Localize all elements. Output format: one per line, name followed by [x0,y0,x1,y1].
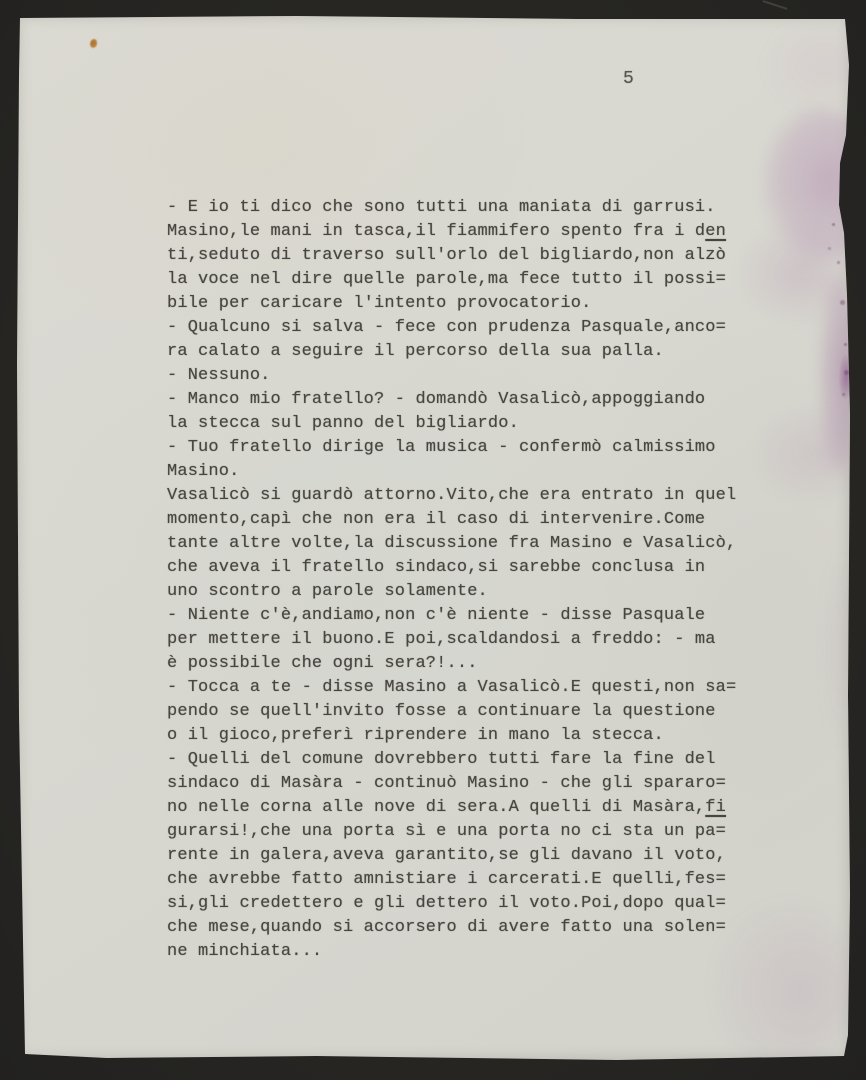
text-line: - Manco mio fratello? - domandò Vasalicò… [167,388,759,412]
text-line: no nelle corna alle nove di sera.A quell… [167,796,759,820]
stain-purple-speckles [832,223,835,226]
text-line: si,gli credettero e gli dettero il voto.… [167,892,759,916]
text-line: è possibile che ogni sera?!... [167,652,759,676]
text-line: - Qualcuno si salva - fece con prudenza … [167,316,759,340]
text-line: che mese,quando si accorsero di avere fa… [167,916,759,940]
text-line: pendo se quell'invito fosse a continuare… [167,700,759,724]
text-line: ne minchiata... [167,940,759,964]
stain-orange-spot [90,39,97,48]
text-line: rente in galera,aveva garantito,se gli d… [167,844,759,868]
paper-sheet: 5 - E io ti dico che sono tutti una mani… [17,15,850,1060]
text-line: la stecca sul panno del bigliardo. [167,412,759,436]
stain-purple-mid-edge-wash [829,553,851,748]
text-line: - E io ti dico che sono tutti una maniat… [167,196,759,220]
text-line: tante altre volte,la discussione fra Mas… [167,532,759,556]
text-line: bile per caricare l'intento provocatorio… [167,292,759,316]
text-line: - Tocca a te - disse Masino a Vasalicò.E… [167,676,759,700]
text-line: sindaco di Masàra - continuò Masino - ch… [167,772,759,796]
scanner-scratch-mark [762,0,787,10]
text-line: che aveva il fratello sindaco,si sarebbe… [167,556,759,580]
scan-background: { "page": { "number": "5" }, "typescript… [0,0,866,1080]
typescript-lines: - E io ti dico che sono tutti una maniat… [167,196,759,964]
text-line: ra calato a seguire il percorso della su… [167,340,759,364]
text-line: la voce nel dire quelle parole,ma fece t… [167,268,759,292]
text-line: ti,seduto di traverso sull'orlo del bigl… [167,244,759,268]
text-line: - Tuo fratello dirige la musica - confer… [167,436,759,460]
text-line: Masino,le mani in tasca,il fiammifero sp… [167,220,759,244]
page-number: 5 [623,69,634,89]
underlined-fragment: fi [705,798,726,817]
text-line: Vasalicò si guardò attorno.Vito,che era … [167,484,759,508]
stain-purple-main-blot [763,107,866,262]
stain-purple-edge-dark-core [839,355,851,399]
stain-pink-top-tinge [769,23,861,107]
stain-purple-faint-blot [755,408,866,500]
text-line: - Nessuno. [167,364,759,388]
text-line: Masino. [167,460,759,484]
stain-purple-edge-streak [820,277,854,472]
underlined-fragment: en [705,222,726,241]
text-line: uno scontro a parole solamente. [167,580,759,604]
text-line: - Niente c'è,andiamo,non c'è niente - di… [167,604,759,628]
text-line: - Quelli del comune dovrebbero tutti far… [167,748,759,772]
text-line: momento,capì che non era il caso di inte… [167,508,759,532]
text-line: per mettere il buono.E poi,scaldandosi a… [167,628,759,652]
text-line: gurarsi!,che una porta sì e una porta no… [167,820,759,844]
text-line: che avrebbe fatto amnistiare i carcerati… [167,868,759,892]
text-line: o il gioco,preferì riprendere in mano la… [167,724,759,748]
